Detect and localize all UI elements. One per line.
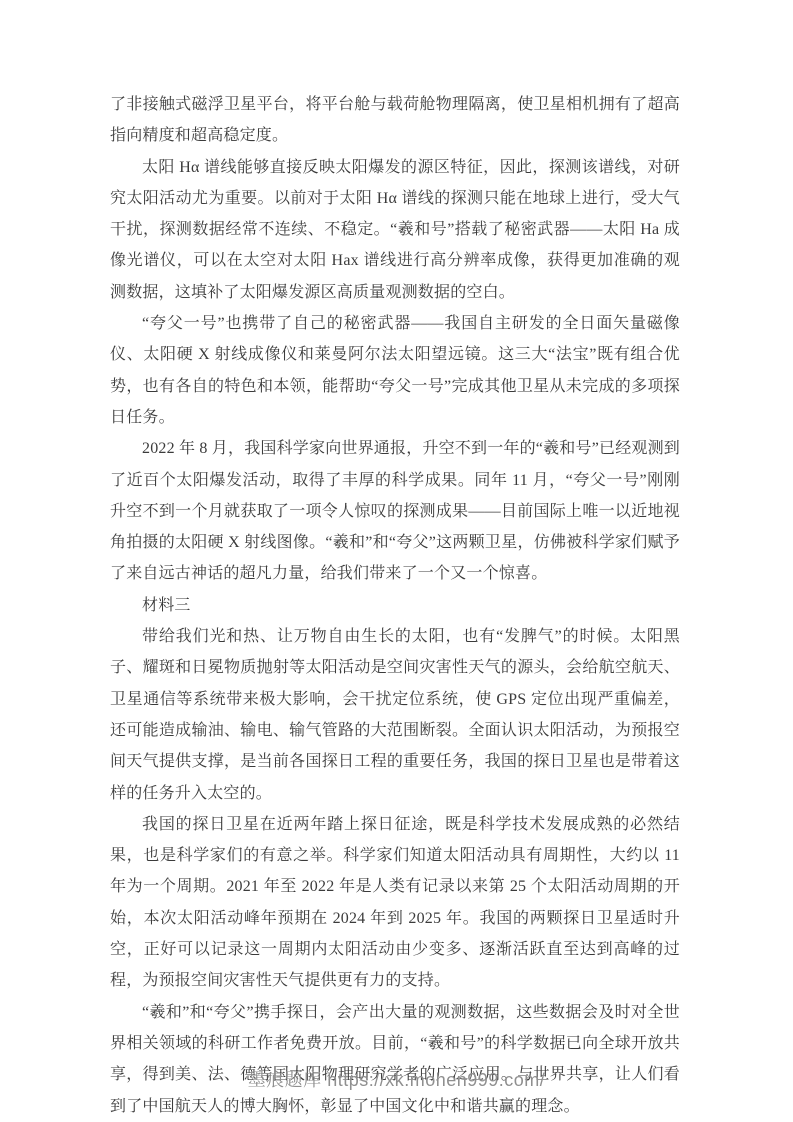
document-text-block: 了非接触式磁浮卫星平台，将平台舱与载荷舱物理隔离，使卫星相机拥有了超高指向精度和… <box>110 89 680 1122</box>
paragraph-satellite-platform-continued: 了非接触式磁浮卫星平台，将平台舱与载荷舱物理隔离，使卫星相机拥有了超高指向精度和… <box>110 89 680 152</box>
paragraph-kuafu-instruments: “夸父一号”也携带了自己的秘密武器——我国自主研发的全日面矢量磁像仪、太阳硬 X… <box>110 308 680 433</box>
site-name: 墨痕题库 <box>248 1070 322 1090</box>
document-page: 了非接触式磁浮卫星平台，将平台舱与载荷舱物理隔离，使卫星相机拥有了超高指向精度和… <box>0 0 793 1122</box>
paragraph-2022-achievements: 2022 年 8 月，我国科学家向世界通报，升空不到一年的“羲和号”已经观测到了… <box>110 433 680 589</box>
paragraph-solar-cycle: 我国的探日卫星在近两年踏上探日征途，既是科学技术发展成熟的必然结果，也是科学家们… <box>110 809 680 997</box>
paragraph-halpha-spectral-line: 太阳 Hα 谱线能够直接反映太阳爆发的源区特征，因此，探测该谱线，对研究太阳活动… <box>110 152 680 308</box>
paragraph-data-sharing: “羲和”和“夸父”携手探日，会产出大量的观测数据，这些数据会及时对全世界相关领域… <box>110 997 680 1122</box>
footer-watermark: 墨痕题库 https://xk.mohen999.com/ <box>0 1066 793 1092</box>
site-url: https://xk.mohen999.com/ <box>327 1070 545 1090</box>
paragraph-solar-activity-hazards: 带给我们光和热、让万物自由生长的太阳，也有“发脾气”的时候。太阳黑子、耀斑和日冕… <box>110 621 680 809</box>
material-three-heading: 材料三 <box>110 590 680 621</box>
